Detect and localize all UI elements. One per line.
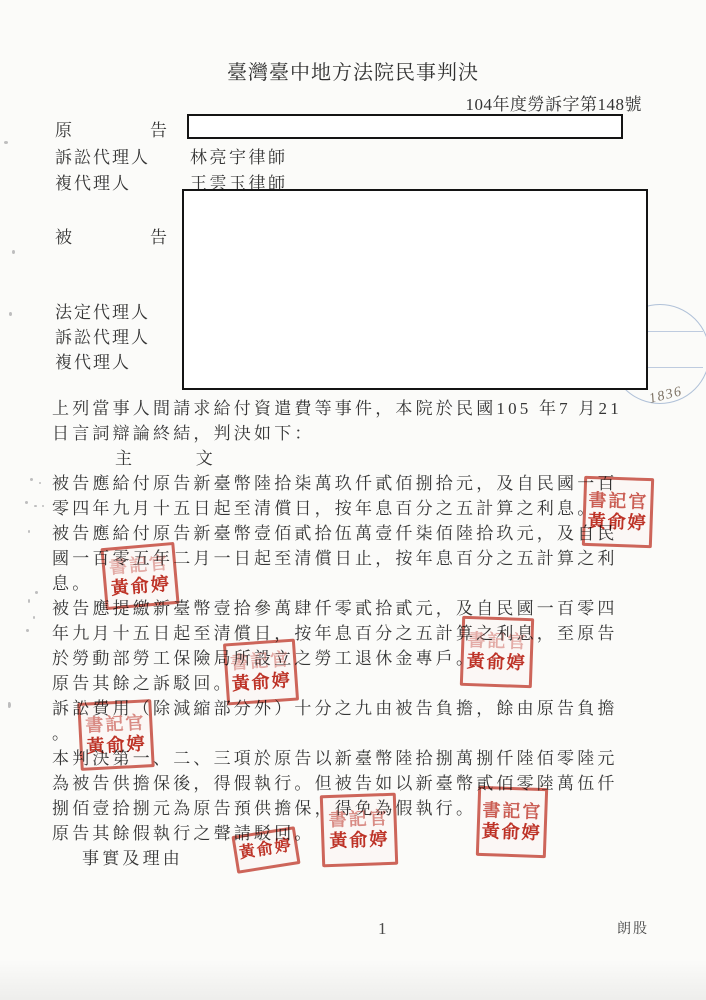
- redaction-box-plaintiff: [187, 114, 623, 139]
- scan-edge-shadow: [0, 960, 706, 1000]
- clerk-seal-stamp: 書記官 黃俞婷: [582, 476, 654, 548]
- party-label: 原 告: [55, 116, 169, 141]
- body-line: 年九月十五日起至清償日，按年息百分之五計算之利息，至原告: [52, 621, 672, 646]
- court-judgment-page: 臺灣臺中地方法院民事判決 104年度勞訴字第148號 原 告 訴訟代理人 林亮宇…: [0, 0, 706, 1000]
- party-label: 複代理人: [55, 348, 131, 373]
- stamp-name: 黃俞婷: [238, 837, 294, 864]
- party-label: 訴訟代理人: [55, 323, 150, 348]
- stamp-name: 黃俞婷: [329, 829, 390, 852]
- page-number: 1: [378, 919, 387, 939]
- body-line: 原告其餘之訴駁回。: [52, 671, 672, 696]
- party-value: 林亮宇律師: [190, 143, 288, 168]
- party-row-counsel: 訴訟代理人 林亮宇律師: [0, 143, 706, 167]
- stamp-name: 黃俞婷: [587, 511, 648, 534]
- party-label: 複代理人: [55, 169, 131, 194]
- body-line: 被告應給付原告新臺幣壹佰貳拾伍萬壹仟柒佰陸拾玖元，及自民: [52, 521, 672, 546]
- stamp-title: 書記官: [482, 800, 543, 823]
- body-line: 被告應給付原告新臺幣陸拾柒萬玖仟貳佰捌拾元，及自民國一百: [52, 471, 672, 496]
- redaction-box-defendant: [182, 189, 648, 390]
- stamp-title: 書記官: [230, 649, 291, 674]
- stamp-name: 黃俞婷: [231, 670, 292, 695]
- division-label: 朗股: [617, 918, 649, 938]
- stamp-title: 書記官: [588, 490, 649, 513]
- clerk-seal-stamp: 書記官 黃俞婷: [476, 786, 548, 858]
- main-text-heading: 主 文: [52, 446, 672, 471]
- clerk-seal-stamp: 書記官 黃俞婷: [77, 699, 154, 771]
- clerk-seal-stamp: 書記官 黃俞婷: [100, 542, 179, 610]
- body-line: 上列當事人間請求給付資遣費等事件，本院於民國105 年7 月21: [52, 396, 672, 421]
- case-number: 104年度勞訴字第148號: [466, 90, 643, 115]
- page-title: 臺灣臺中地方法院民事判決: [0, 56, 706, 85]
- clerk-seal-stamp: 書記官 黃俞婷: [223, 639, 299, 706]
- body-line: 日言詞辯論終結，判決如下：: [52, 421, 672, 446]
- stamp-title: 書記官: [467, 630, 528, 653]
- stamp-name: 黃俞婷: [481, 821, 542, 844]
- party-label: 被 告: [55, 223, 169, 248]
- body-line: 零四年九月十五日起至清償日，按年息百分之五計算之利息。: [52, 496, 672, 521]
- party-label: 訴訟代理人: [55, 143, 150, 168]
- stamp-name: 黃俞婷: [86, 733, 147, 757]
- stamp-title: 書記官: [328, 808, 389, 831]
- body-line: 為被告供擔保後，得假執行。但被告如以新臺幣貳佰零陸萬伍仟: [52, 771, 672, 796]
- clerk-seal-stamp: 書記官 黃俞婷: [320, 793, 398, 868]
- clerk-seal-stamp: 書記官 黃俞婷: [460, 616, 534, 688]
- stamp-name: 黃俞婷: [466, 651, 527, 674]
- stamp-title: 書記官: [85, 713, 146, 737]
- body-line: 於勞動部勞工保險局所設立之勞工退休金專戶。: [52, 646, 672, 671]
- party-label: 法定代理人: [55, 298, 150, 323]
